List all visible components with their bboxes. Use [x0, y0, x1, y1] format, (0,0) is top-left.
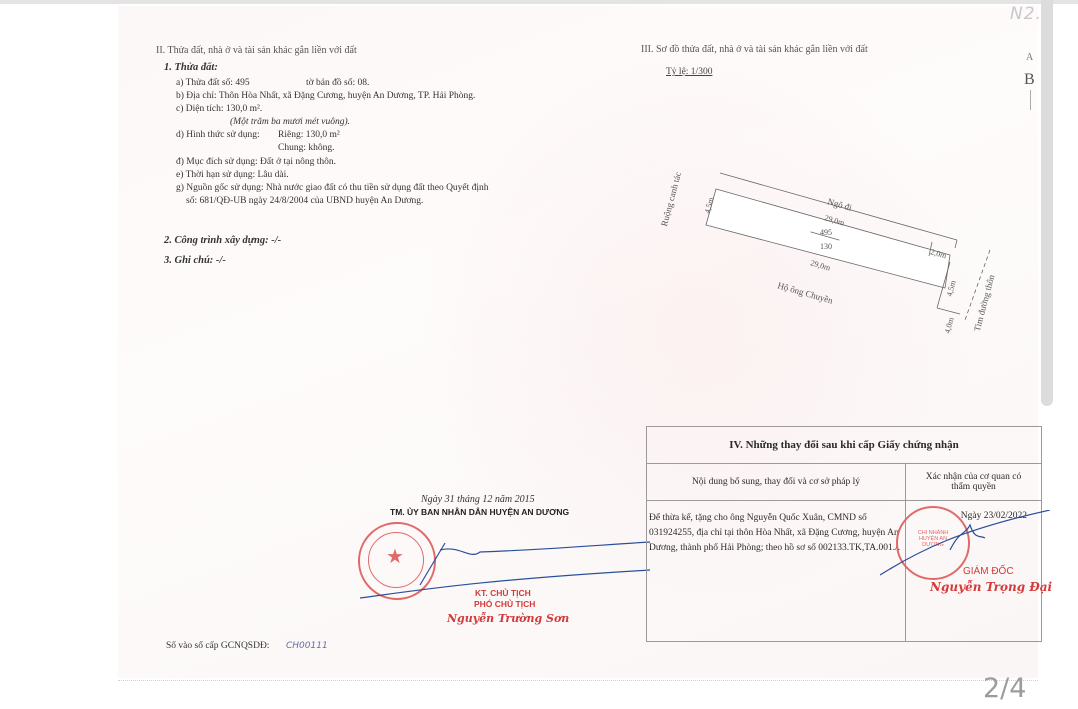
signature-org: TM. ỦY BAN NHÂN DÂN HUYỆN AN DƯƠNG	[390, 507, 569, 517]
signature-date: Ngày 31 tháng 12 năm 2015	[421, 494, 535, 505]
north-arrow-label-a: A	[1026, 52, 1033, 63]
confirm-role: GIÁM ĐỐC	[963, 566, 1014, 577]
label-road-offset: 4,0m	[943, 316, 956, 335]
usage-origin-line1: g) Nguồn gốc sử dụng: Nhà nước giao đất …	[176, 183, 489, 193]
parcel-area-words: (Một trăm ba mươi mét vuông).	[230, 117, 350, 127]
label-parcel-area: 130	[820, 242, 832, 251]
north-arrow-label-b: B	[1024, 71, 1035, 89]
scrollbar-thumb[interactable]	[1041, 0, 1053, 406]
parcel-heading: 1. Thửa đất:	[164, 62, 218, 73]
label-parcel-number: 495	[820, 228, 832, 237]
usage-purpose: đ) Mục đích sử dụng: Đất ở tại nông thôn…	[176, 157, 336, 167]
diagram-scale: Tỷ lệ: 1/300	[666, 67, 712, 77]
page-indicator: 2/4	[983, 673, 1026, 704]
parcel-number: a) Thửa đất số: 495	[176, 78, 250, 88]
signature-name: Nguyễn Trường Sơn	[447, 612, 569, 625]
section3-title: III. Sơ đồ thửa đất, nhà ở và tài sản kh…	[641, 44, 868, 55]
parcel-area: c) Diện tích: 130,0 m².	[176, 104, 262, 114]
label-east-width: 4,5m	[945, 279, 958, 298]
label-bottom-length: 29,0m	[809, 258, 832, 272]
map-sheet-number: tờ bản đồ số: 08.	[306, 78, 369, 88]
registry-label: Số vào sổ cấp GCNQSDĐ:	[166, 641, 269, 651]
col-header-content: Nội dung bổ sung, thay đổi và cơ sở pháp…	[647, 464, 906, 501]
registry-value: CH00111	[286, 641, 328, 651]
usage-shared: Chung: không.	[278, 143, 334, 153]
col-header-confirm: Xác nhận của cơ quan có thẩm quyền	[906, 464, 1042, 501]
signature-role1: KT. CHỦ TỊCH	[475, 588, 531, 598]
usage-private: Riêng: 130,0 m²	[278, 130, 340, 140]
parcel-diagram: Ruộng canh tác Ngõ đi 29,0m 495 130 29,0…	[660, 150, 1010, 340]
label-north: Ngõ đi	[826, 196, 853, 213]
label-south: Hộ ông Chuyền	[776, 280, 834, 305]
parcel-address: b) Địa chỉ: Thôn Hòa Nhất, xã Đặng Cương…	[176, 91, 475, 101]
section4-title: IV. Những thay đổi sau khi cấp Giấy chứn…	[647, 427, 1042, 464]
usage-origin-line2: số: 681/QĐ-UB ngày 24/8/2004 của UBND hu…	[186, 196, 423, 206]
signature-role2: PHÓ CHỦ TỊCH	[474, 599, 535, 609]
construction-heading: 2. Công trình xây dựng: -/-	[164, 235, 281, 246]
usage-term: e) Thời hạn sử dụng: Lâu dài.	[176, 170, 289, 180]
change-content: Để thừa kế, tặng cho ông Nguyễn Quốc Xuâ…	[647, 501, 906, 642]
north-arrow-line	[1030, 90, 1031, 110]
label-east: Tim đường thôn	[972, 273, 997, 332]
section2-title: II. Thửa đất, nhà ở và tài sản khác gắn …	[156, 45, 357, 56]
viewer-top-border	[0, 0, 1078, 4]
usage-form-label: d) Hình thức sử dụng:	[176, 130, 260, 140]
confirm-name: Nguyễn Trọng Đại	[930, 580, 1052, 594]
page-bottom-edge	[118, 680, 1038, 682]
label-west: Ruộng canh tác	[660, 171, 683, 228]
notes-heading: 3. Ghi chú: -/-	[164, 255, 226, 266]
